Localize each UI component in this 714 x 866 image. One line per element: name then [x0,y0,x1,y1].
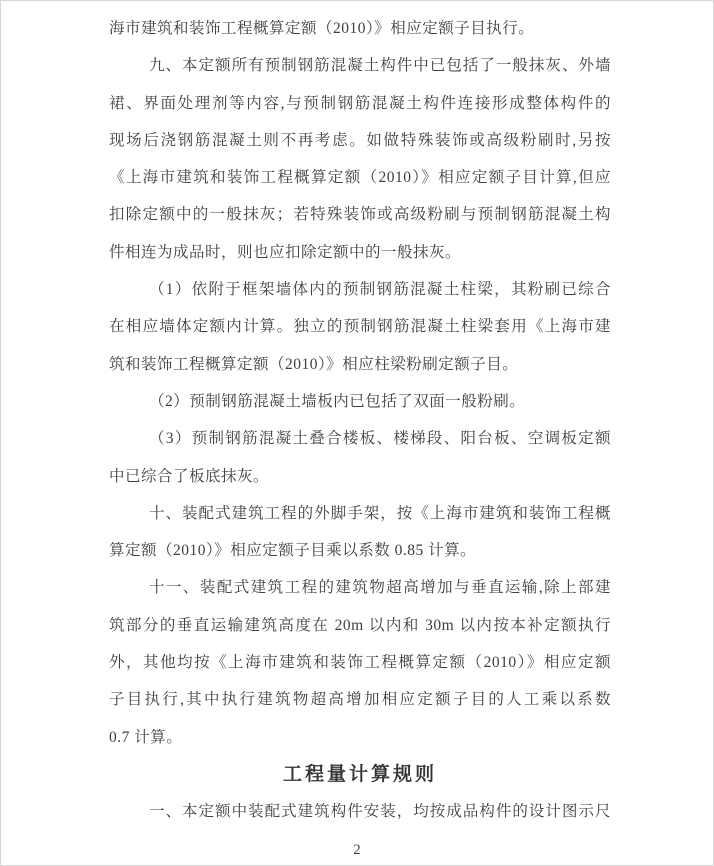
text-line: 0.7 计算。 [109,719,611,756]
text-line: 扣除定额中的一般抹灰；若特殊装饰或高级粉刷与预制钢筋混凝土构 [109,196,611,233]
text-line: 子目执行,其中执行建筑物超高增加相应定额子目的人工乘以系数 [109,681,611,718]
text-line: 九、本定额所有预制钢筋混凝土构件中已包括了一般抹灰、外墙 [109,47,611,84]
text-line: 件相连为成品时，则也应扣除定额中的一般抹灰。 [109,234,611,271]
text-line: 现场后浇钢筋混凝土则不再考虑。如做特殊装饰或高级粉刷时,另按 [109,122,611,159]
text-line: 筑部分的垂直运输建筑高度在 20m 以内和 30m 以内按本补定额执行 [109,607,611,644]
text-line: 裙、界面处理剂等内容,与预制钢筋混凝土构件连接形成整体构件的 [109,85,611,122]
text-line: 中已综合了板底抹灰。 [109,458,611,495]
text-line: 十一、装配式建筑工程的建筑物超高增加与垂直运输,除上部建 [109,569,611,606]
text-line: 一、本定额中装配式建筑构件安装，均按成品构件的设计图示尺 [109,793,611,830]
section-heading: 工程量计算规则 [109,756,611,793]
text-line: 《上海市建筑和装饰工程概算定额（2010）》相应定额子目计算,但应 [109,159,611,196]
text-line: 外，其他均按《上海市建筑和装饰工程概算定额（2010）》相应定额 [109,644,611,681]
text-line: 海市建筑和装饰工程概算定额（2010）》相应定额子目执行。 [109,10,611,47]
page-number: 2 [1,842,713,859]
document-page: 海市建筑和装饰工程概算定额（2010）》相应定额子目执行。九、本定额所有预制钢筋… [0,0,714,866]
text-line: （1）依附于框架墙体内的预制钢筋混凝土柱梁，其粉刷已综合 [109,271,611,308]
text-line: （3）预制钢筋混凝土叠合楼板、楼梯段、阳台板、空调板定额 [109,420,611,457]
text-line: 筑和装饰工程概算定额（2010）》相应柱梁粉刷定额子目。 [109,346,611,383]
text-line: （2）预制钢筋混凝土墙板内已包括了双面一般粉刷。 [109,383,611,420]
text-line: 十、装配式建筑工程的外脚手架，按《上海市建筑和装饰工程概 [109,495,611,532]
text-line: 算定额（2010）》相应定额子目乘以系数 0.85 计算。 [109,532,611,569]
text-line: 在相应墙体定额内计算。独立的预制钢筋混凝土柱梁套用《上海市建 [109,308,611,345]
document-lines: 海市建筑和装饰工程概算定额（2010）》相应定额子目执行。九、本定额所有预制钢筋… [109,10,611,831]
